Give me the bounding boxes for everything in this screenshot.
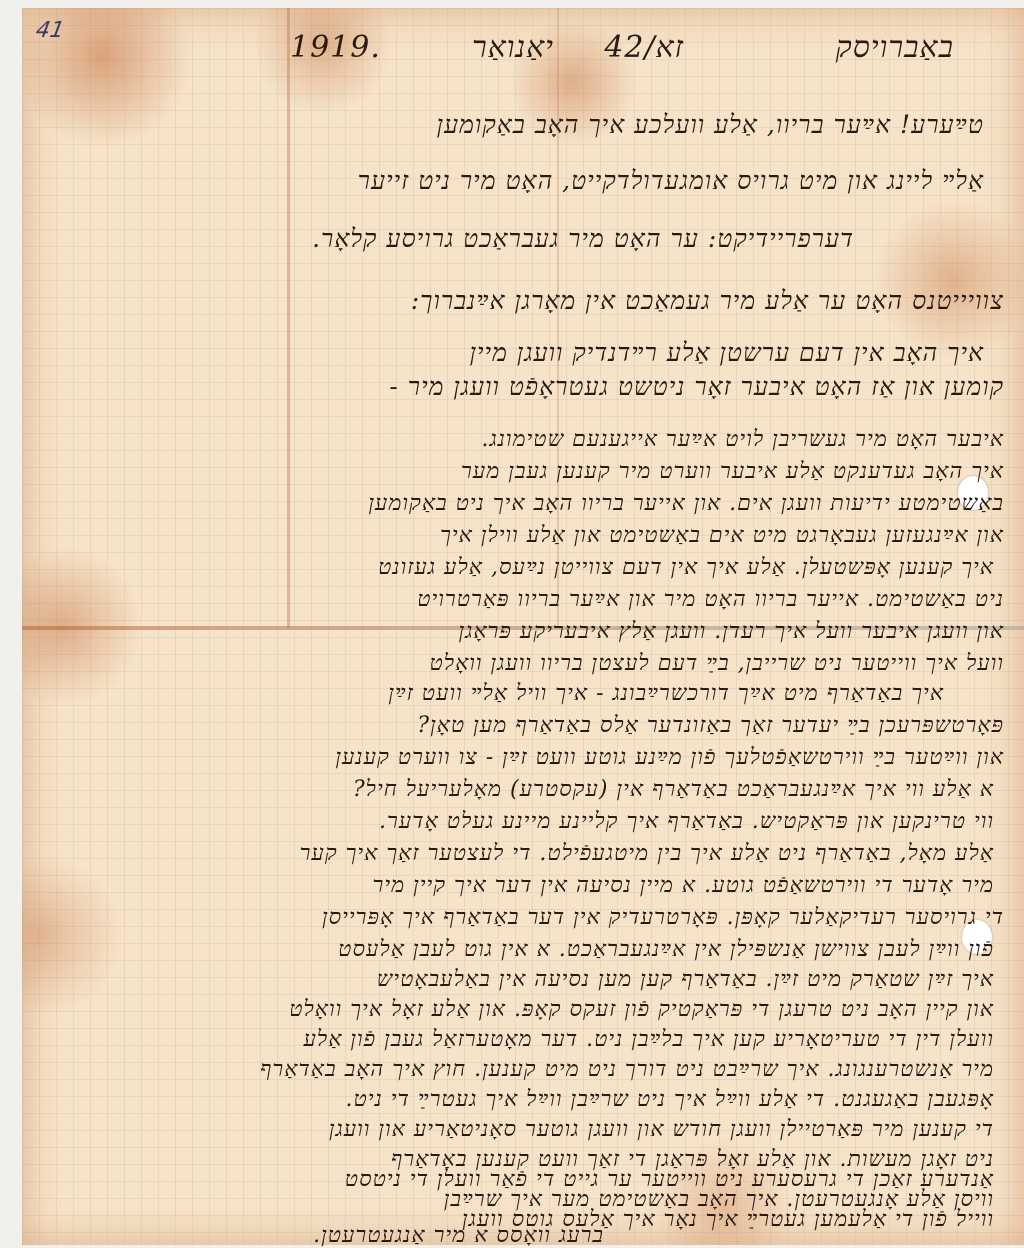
letter-line: דערפריידיקט: ער האָט מיר געבראַכט גרויסע… [312,224,854,254]
letter-line: אַלע מאָל, באַדאַרף ניט אַלע איך בין מיט… [300,840,994,866]
letter-line: די גרויסער רעדיקאַלער קאָפּן. פּאָרטרעדי… [322,904,1004,930]
letter-line: ניט באַשטימט. אייער בריוו האָט מיר און א… [417,586,1004,612]
letter-line: און ווײַטער בײַ ווירטשאַפֿטלעך פֿון מײַנ… [335,744,1004,770]
letter-sheet: 41 באַברויסק זא/24 יאַנואַר 1919. טײַערע… [22,8,1024,1245]
letter-line: פֿון ווײַן לעבן צווישן אַנשפּילן אין אײַ… [338,936,994,962]
letter-line: איך באַדאַרף מיט אײַך דורכשרײַבונג - איך… [388,680,944,706]
letter-line: קומען און אַז האָט איבער זאָר ניטשט געטר… [389,372,1004,402]
letter-line: די קענען מיר פּאַרטיילן וועגן חודש און ו… [329,1116,994,1142]
header-date: זא/24 [604,30,684,65]
letter-line: ווי טרינקען און פּראַקטיש. באַדאַרף איך … [379,808,994,834]
letter-line: באַשטימטע ידיעות וועגן אים. און אייער בר… [368,490,1004,516]
fold-crease-vertical [287,8,290,628]
letter-line: מיר אַנשטרענגונג. איך שרײַבט ניט דורך ני… [260,1056,994,1082]
closing-line: ברעג וואָסס א מיר אַנגעטרעטן. [313,1222,604,1245]
letter-line: אָפּגעבן באַגעגנט. די אַלע ווײַל איך ניט… [346,1086,994,1112]
letter-line: און וועגן איבער וועל איך רעדן. וועגן אַל… [458,618,1004,644]
letter-line: און אײַנגעזען געבאָרגט מיט אים באַשטימט … [440,522,1004,548]
letter-line: צוויייטנס האָט ער אַלע מיר געמאַכט אין מ… [411,286,1004,316]
letter-line: איך האָב אין דעם ערשטן אַלע רײדנדיק וועג… [470,338,984,368]
letter-line: אַלײ ליינג און מיט גרויס אומגעדולדקייט, … [358,166,984,196]
letter-line: וועל איך ווייטער ניט שרייבן, בײַ דעם לעצ… [430,650,1005,676]
letter-line: איך זײַן שטאַרק מיט זײַן. באַדאַרף קען מ… [377,966,994,992]
letter-line: וועלן דין די טעריטאָריע קען איך בלײַבן נ… [303,1026,994,1052]
archive-number: 41 [34,18,66,43]
header-year: 1919. [290,30,381,65]
letter-line: פּאָרטשפּרעכן בײַ יעדער זאַך באַזונדער א… [417,712,1004,738]
letter-line: און קיין האָב ניט טרעגן די פּראַקטיק פֿו… [289,996,994,1022]
letter-line: מיר אָדער די ווירטשאַפֿט גוטע. א מיין נס… [373,872,994,898]
letter-line: א אַלע ווי איך אײַנגעבראַכט באַדאַרף אין… [353,776,994,802]
header-month: יאַנואַר [472,30,554,65]
letter-line: איבער האָט מיר געשריבן לויט אײַער אייגענ… [481,426,1004,452]
letter-line: איך קענען אָפּשטעלן. אַלע איך אין דעם צו… [378,554,994,580]
letter-line: טײַערע! אײַער בריוו, אַלע וועלכע איך האָ… [437,110,984,140]
letter-line: איך האָב געדענקט אַלע איבער ווערט מיר קע… [461,458,1004,484]
header-place: באַברויסק [836,30,954,65]
